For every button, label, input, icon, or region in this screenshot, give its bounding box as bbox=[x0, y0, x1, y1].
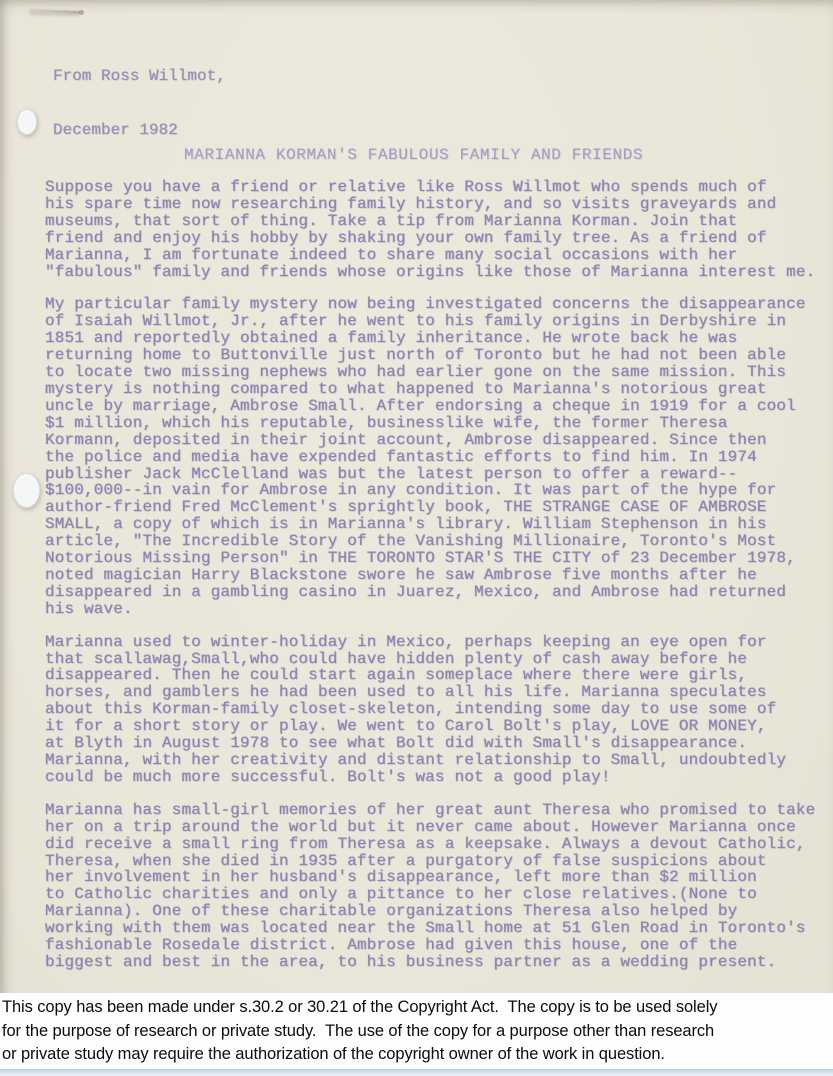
hole-punch-bottom bbox=[13, 473, 40, 508]
paragraph-family-mystery: My particular family mystery now being i… bbox=[45, 296, 833, 617]
copyright-notice: This copy has been made under s.30.2 or … bbox=[0, 993, 833, 1069]
paragraph-theresa: Marianna has small-girl memories of her … bbox=[45, 802, 833, 971]
document-body: Suppose you have a friend or relative li… bbox=[45, 179, 833, 987]
paragraph-mexico: Marianna used to winter-holiday in Mexic… bbox=[45, 634, 833, 786]
header-from-line: From Ross Willmot, bbox=[53, 67, 226, 85]
scanned-document-page: From Ross Willmot, December 1982 MARIANN… bbox=[0, 0, 833, 1076]
hole-punch-top bbox=[17, 109, 37, 135]
copyright-notice-text: This copy has been made under s.30.2 or … bbox=[0, 993, 833, 1067]
paragraph-intro: Suppose you have a friend or relative li… bbox=[45, 179, 833, 280]
document-title: MARIANNA KORMAN'S FABULOUS FAMILY AND FR… bbox=[184, 146, 643, 164]
scan-bottom-edge bbox=[0, 1069, 833, 1076]
header-date-line: December 1982 bbox=[53, 121, 226, 139]
staple-mark bbox=[30, 9, 80, 14]
